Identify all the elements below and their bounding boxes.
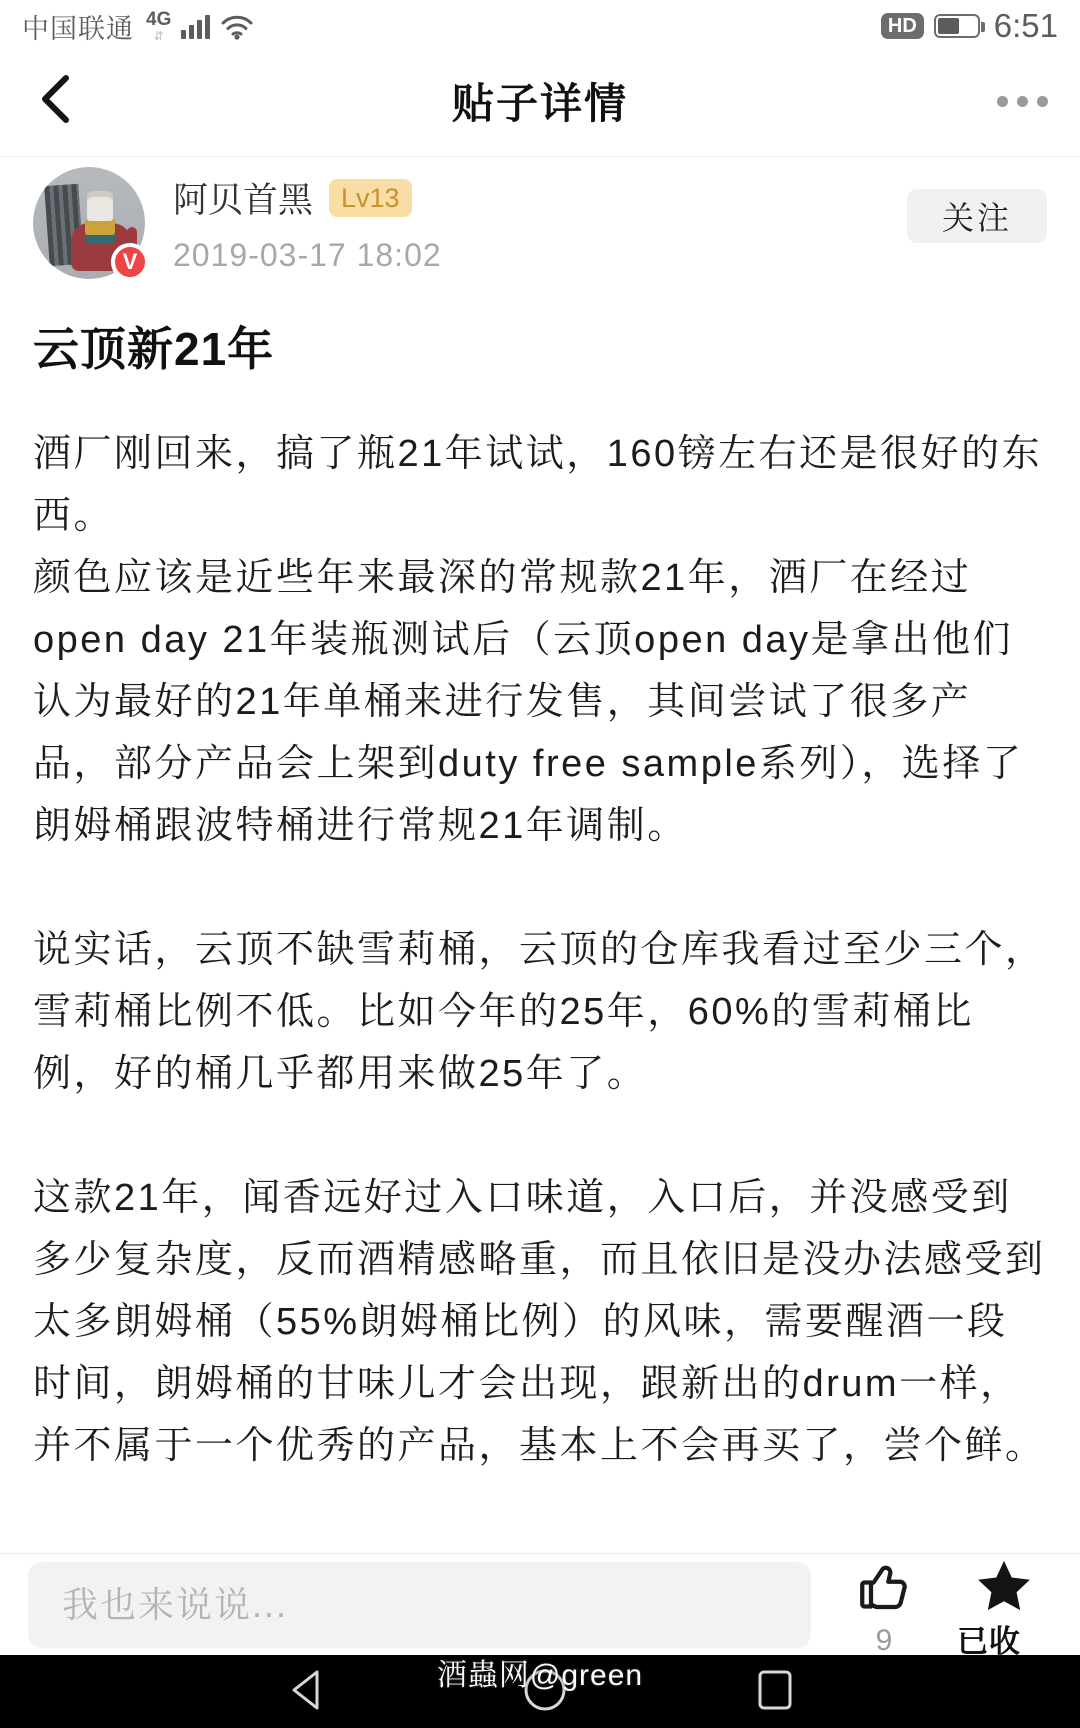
dot-icon <box>997 96 1008 107</box>
hd-voice-icon: HD <box>881 13 924 39</box>
post-paragraph: 这款21年，闻香远好过入口味道，入口后，并没感受到多少复杂度，反而酒精感略重，而… <box>33 1167 1047 1477</box>
nav-back-button[interactable] <box>280 1667 330 1717</box>
follow-button[interactable]: 关注 <box>907 189 1047 243</box>
post-paragraph: 酒厂刚回来，搞了瓶21年试试，160镑左右还是很好的东西。 <box>33 423 1047 547</box>
app-header: 贴子详情 <box>0 46 1080 157</box>
android-nav-bar <box>0 1655 1080 1728</box>
like-count: 9 <box>876 1626 893 1656</box>
post-paragraph: 颜色应该是近些年来最深的常规款21年，酒厂在经过open day 21年装瓶测试… <box>33 547 1047 857</box>
comment-input[interactable] <box>28 1562 811 1648</box>
wifi-icon <box>220 12 254 40</box>
status-clock: 6:51 <box>994 7 1058 45</box>
back-chevron-icon <box>38 73 72 130</box>
network-type-icon: 4G ⇵ <box>146 10 171 42</box>
verified-badge: V <box>111 243 149 281</box>
dot-icon <box>1017 96 1028 107</box>
author-row: V 阿贝首黑 Lv13 2019-03-17 18:02 关注 <box>33 167 1047 283</box>
nav-home-button[interactable] <box>520 1667 570 1717</box>
more-menu-button[interactable] <box>991 82 1054 121</box>
like-button[interactable]: 9 <box>853 1555 915 1655</box>
post-title: 云顶新21年 <box>33 313 1047 379</box>
thumbs-up-icon <box>853 1557 915 1622</box>
nav-recents-square-icon <box>754 1668 796 1717</box>
nav-recents-button[interactable] <box>750 1667 800 1717</box>
carrier-label: 中国联通 <box>22 7 134 46</box>
battery-icon <box>934 14 980 38</box>
post-content-area[interactable]: V 阿贝首黑 Lv13 2019-03-17 18:02 关注 云顶新21年 酒… <box>0 157 1080 1553</box>
favorite-button[interactable]: 已收藏 <box>957 1555 1052 1655</box>
signal-strength-icon <box>181 13 210 39</box>
post-detail-screen: 中国联通 4G ⇵ HD 6 <box>0 0 1080 1728</box>
author-meta: 阿贝首黑 Lv13 2019-03-17 18:02 <box>173 167 442 274</box>
nav-home-circle-icon <box>521 1666 569 1719</box>
post-paragraph: 说实话，云顶不缺雪莉桶，云顶的仓库我看过至少三个，雪莉桶比例不低。比如今年的25… <box>33 919 1047 1105</box>
page-title: 贴子详情 <box>0 71 1080 131</box>
author-name[interactable]: 阿贝首黑 <box>173 173 313 223</box>
author-avatar[interactable]: V <box>33 167 145 279</box>
post-body: 酒厂刚回来，搞了瓶21年试试，160镑左右还是很好的东西。 颜色应该是近些年来最… <box>33 423 1047 1477</box>
back-button[interactable] <box>0 46 110 156</box>
star-icon <box>975 1557 1033 1620</box>
nav-back-triangle-icon <box>287 1668 323 1717</box>
dot-icon <box>1037 96 1048 107</box>
status-bar: 中国联通 4G ⇵ HD 6 <box>0 0 1080 46</box>
level-badge: Lv13 <box>329 179 412 217</box>
comment-bar: 9 已收藏 <box>0 1553 1080 1655</box>
post-timestamp: 2019-03-17 18:02 <box>173 237 442 274</box>
